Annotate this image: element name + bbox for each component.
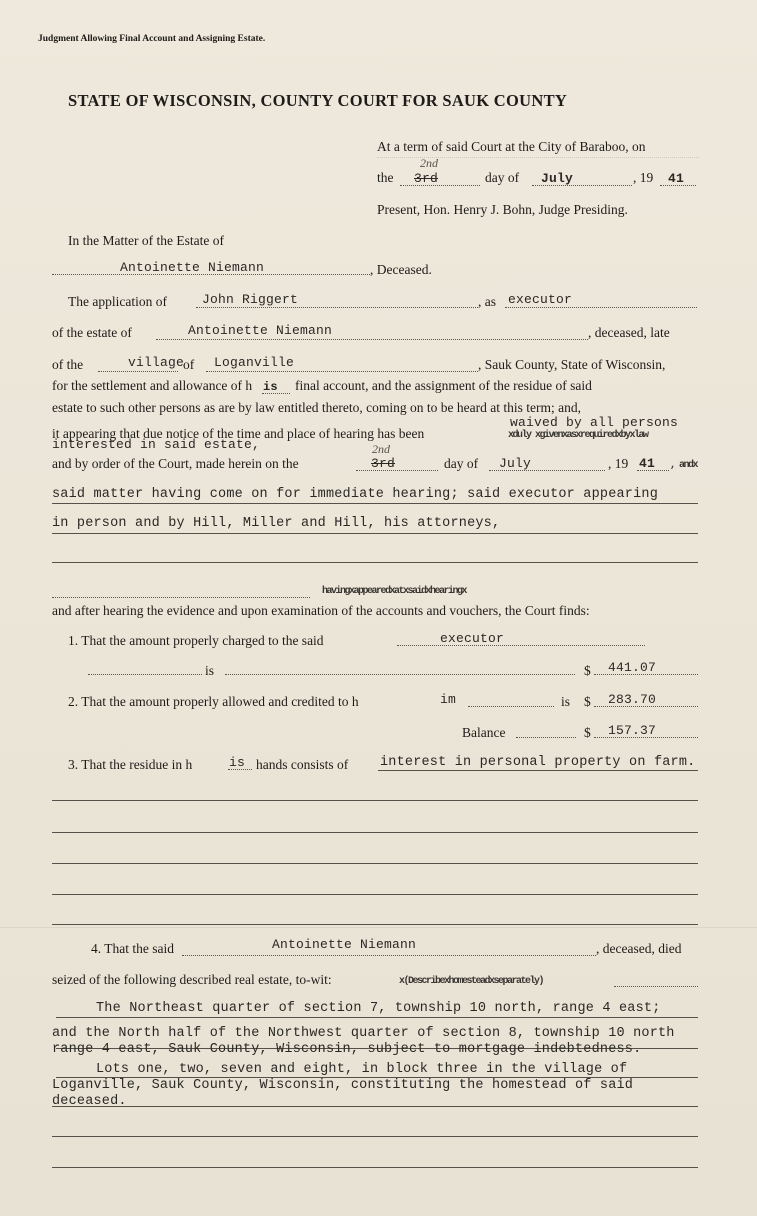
- balance-label: Balance: [462, 725, 505, 741]
- applicant-name: John Riggert: [202, 292, 298, 307]
- judge-line: Present, Hon. Henry J. Bohn, Judge Presi…: [377, 202, 628, 218]
- order-label: and by order of the Court, made herein o…: [52, 456, 299, 472]
- term-year-prefix: , 19: [633, 170, 653, 186]
- finding-4-name: Antoinette Niemann: [272, 937, 416, 952]
- order-year-prefix: , 19: [608, 456, 628, 472]
- finding-2-label: 2. That the amount properly allowed and …: [68, 694, 359, 710]
- finding-1-role-field: [397, 645, 645, 646]
- place-type: village: [128, 355, 184, 370]
- finding-3-pronoun: is: [229, 755, 245, 770]
- order-day-typed: 3rd: [371, 456, 395, 471]
- order-year: 41: [639, 456, 655, 471]
- property-line-4: Lots one, two, seven and eight, in block…: [96, 1062, 627, 1077]
- struck-hearing-line: havingxappearedxatxsaidxhearingx: [322, 586, 466, 597]
- term-the-label: the: [377, 170, 394, 186]
- applicant-role: executor: [508, 292, 572, 307]
- balance-amount: 157.37: [608, 723, 656, 738]
- estate-of-label: of the estate of: [52, 325, 132, 341]
- property-line-5: Loganville, Sauk County, Wisconsin, cons…: [52, 1078, 633, 1093]
- finding-3-residue: interest in personal property on farm.: [380, 755, 695, 770]
- order-dayof-label: day of: [444, 456, 478, 472]
- finding-1-dollar: $: [584, 663, 591, 679]
- as-label: , as: [478, 294, 496, 310]
- property-line-2: and the North half of the Northwest quar…: [52, 1026, 675, 1041]
- term-line: At a term of said Court at the City of B…: [377, 139, 645, 155]
- finding-4-suffix: , deceased, died: [596, 941, 681, 957]
- finding-4-label: 4. That the said: [91, 941, 174, 957]
- balance-dollar: $: [584, 725, 591, 741]
- estate-name-field: [156, 339, 588, 340]
- finding-1-is: is: [205, 663, 214, 679]
- place-name-field: [206, 371, 478, 372]
- order-month: July: [499, 456, 531, 471]
- finding-1-label: 1. That the amount properly charged to t…: [68, 633, 324, 649]
- notice-struck: xduly xgivenxasxrequiredxbyxlaw: [508, 430, 648, 441]
- of-label: of: [183, 357, 194, 373]
- finding-2-dollar: $: [584, 694, 591, 710]
- decedent-name: Antoinette Niemann: [120, 260, 264, 275]
- estate-name: Antoinette Niemann: [188, 323, 332, 338]
- finding-3-mid: hands consists of: [256, 757, 348, 773]
- property-line-1: The Northeast quarter of section 7, town…: [96, 1001, 661, 1016]
- interested-line: interested in said estate,: [52, 437, 260, 452]
- seized-struck: x(Describexhomesteadxseparately): [399, 976, 543, 987]
- order-suffix-struck: , andx: [670, 460, 697, 471]
- settlement-post: final account, and the assignment of the…: [295, 378, 592, 394]
- application-label: The application of: [68, 294, 167, 310]
- finding-4-name-field: [182, 955, 596, 956]
- term-day-field: [400, 185, 480, 186]
- paper-fold: [0, 926, 757, 929]
- seized-label: seized of the following described real e…: [52, 972, 332, 988]
- finding-2-pronoun: im: [440, 692, 456, 707]
- county-state-label: , Sauk County, State of Wisconsin,: [478, 357, 665, 373]
- finding-1-role: executor: [440, 631, 504, 646]
- typed-hearing-line: said matter having come on for immediate…: [52, 487, 658, 502]
- role-field: [505, 307, 697, 308]
- typed-attorneys-line: in person and by Hill, Miller and Hill, …: [52, 516, 500, 531]
- finding-1-amount: 441.07: [608, 660, 656, 675]
- deceased-late-label: , deceased, late: [588, 325, 670, 341]
- term-dayof-label: day of: [485, 170, 519, 186]
- evidence-line: and after hearing the evidence and upon …: [52, 603, 590, 619]
- finding-3-label: 3. That the residue in h: [68, 757, 192, 773]
- court-title: STATE OF WISCONSIN, COUNTY COURT FOR SAU…: [68, 91, 567, 111]
- settlement-pre: for the settlement and allowance of h: [52, 378, 252, 394]
- pronoun-fill: is: [263, 380, 278, 394]
- deceased-label: , Deceased.: [370, 262, 432, 278]
- term-year: 41: [668, 171, 684, 186]
- place-name: Loganville: [214, 355, 294, 370]
- term-day-handwritten: 2nd: [420, 156, 438, 171]
- document-page: Judgment Allowing Final Account and Assi…: [0, 0, 757, 1216]
- order-day-handwritten: 2nd: [372, 442, 390, 457]
- form-caption: Judgment Allowing Final Account and Assi…: [38, 34, 265, 44]
- matter-intro: In the Matter of the Estate of: [68, 233, 224, 249]
- order-day-field: [356, 470, 438, 471]
- finding-2-amount: 283.70: [608, 692, 656, 707]
- waived-insert: waived by all persons: [510, 415, 678, 430]
- estate-line: estate to such other persons as are by l…: [52, 400, 581, 416]
- applicant-field: [196, 307, 478, 308]
- finding-2-is: is: [561, 694, 570, 710]
- place-type-field: [98, 371, 178, 372]
- of-the-label: of the: [52, 357, 83, 373]
- term-month: July: [541, 171, 573, 186]
- property-line-3: range 4 east, Sauk County, Wisconsin, su…: [52, 1042, 641, 1057]
- term-day-typed: 3rd: [414, 171, 438, 186]
